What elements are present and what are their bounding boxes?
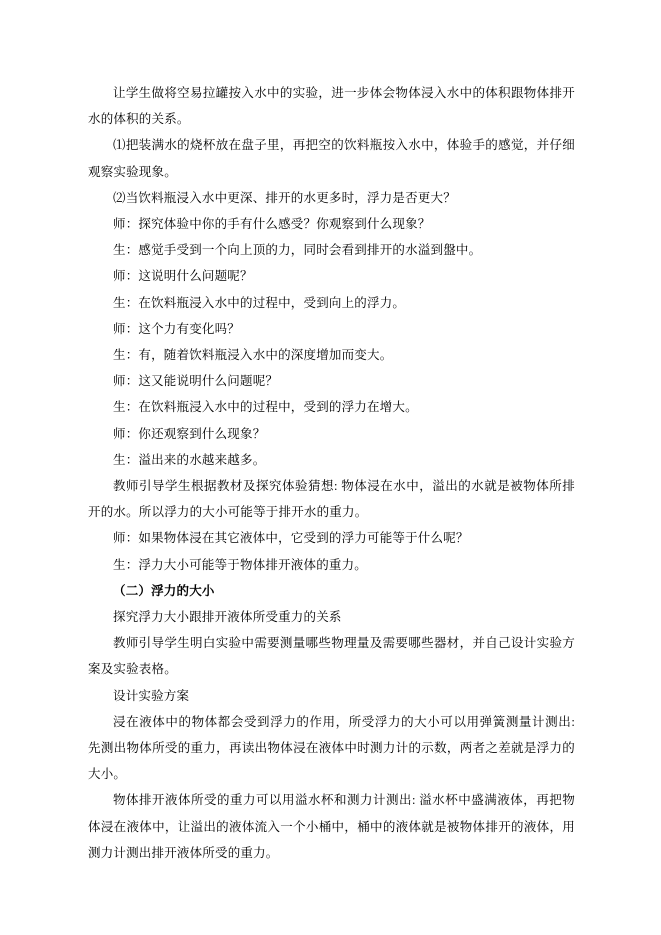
paragraph: 教师引导学生根据教材及探究体验猜想: 物体浸在水中，溢出的水就是被物体所排开的水… (88, 473, 575, 525)
paragraph: 生：在饮料瓶浸入水中的过程中，受到的浮力在增大。 (88, 394, 575, 420)
paragraph: 生：感觉手受到一个向上顶的力，同时会看到排开的水溢到盤中。 (88, 237, 575, 263)
paragraph: 生：浮力大小可能等于物体排开液体的重力。 (88, 552, 575, 578)
paragraph: 生：有，随着饮料瓶浸入水中的深度增加而变大。 (88, 342, 575, 368)
document-page: 让学生做将空易拉罐按入水中的实验，进一步体会物体浸入水中的体积跟物体排开水的体积… (0, 0, 661, 935)
paragraph: 设计实验方案 (88, 683, 575, 709)
paragraph: 师：这又能说明什么问题呢？ (88, 368, 575, 394)
paragraph: 生：在饮料瓶浸入水中的过程中，受到向上的浮力。 (88, 290, 575, 316)
paragraph: 教师引导学生明白实验中需要测量哪些物理量及需要哪些器材，并自己设计实验方案及实验… (88, 630, 575, 682)
paragraph: 师：这说明什么问题呢？ (88, 263, 575, 289)
paragraph: 生：溢出来的水越来越多。 (88, 447, 575, 473)
paragraph: 物体排开液体所受的重力可以用溢水杯和测力计测出: 溢水杯中盛满液体，再把物体浸在… (88, 787, 575, 866)
paragraph: 让学生做将空易拉罐按入水中的实验，进一步体会物体浸入水中的体积跟物体排开水的体积… (88, 80, 575, 132)
paragraph: 浸在液体中的物体都会受到浮力的作用，所受浮力的大小可以用弹簧测量计测出: 先测出… (88, 709, 575, 788)
paragraph: 探究浮力大小跟排开液体所受重力的关系 (88, 604, 575, 630)
document-content: 让学生做将空易拉罐按入水中的实验，进一步体会物体浸入水中的体积跟物体排开水的体积… (88, 80, 575, 866)
paragraph: 师：如果物体浸在其它液体中，它受到的浮力可能等于什么呢？ (88, 525, 575, 551)
paragraph: 师：这个力有变化吗？ (88, 316, 575, 342)
paragraph: ⑴把装满水的烧杯放在盘子里，再把空的饮料瓶按入水中，体验手的感觉，并仔细观察实验… (88, 132, 575, 184)
paragraph: 师：探究体验中你的手有什么感受？你观察到什么现象？ (88, 211, 575, 237)
section-heading: （二）浮力的大小 (88, 578, 575, 604)
paragraph: ⑵当饮料瓶浸入水中更深、排开的水更多时，浮力是否更大？ (88, 185, 575, 211)
paragraph: 师：你还观察到什么现象？ (88, 421, 575, 447)
